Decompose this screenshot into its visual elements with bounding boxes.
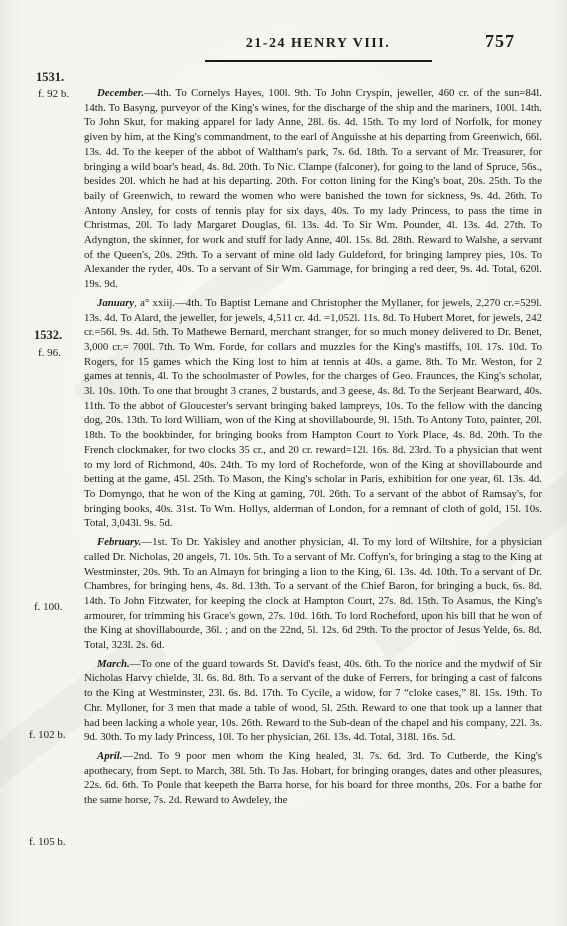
margin-folio-92b: f. 92 b. [38, 88, 69, 100]
entry-body-december: —4th. To Cornelys Hayes, 100l. 9th. To J… [84, 87, 542, 290]
month-label-april: April. [97, 750, 123, 762]
margin-folio-102b: f. 102 b. [29, 729, 66, 741]
margin-year-1531: 1531. [36, 70, 64, 85]
month-label-january: January [97, 297, 134, 309]
month-label-february: February. [97, 536, 141, 548]
entry-february: February.—1st. To Dr. Yakisley and anoth… [84, 535, 542, 653]
entry-body-april: —2nd. To 9 poor men whom the King healed… [84, 750, 542, 806]
entry-march: March.—To one of the guard towards St. D… [84, 657, 542, 745]
entry-december: December.—4th. To Cornelys Hayes, 100l. … [84, 86, 542, 292]
header-divider-rule [205, 60, 432, 62]
margin-folio-96: f. 96. [38, 347, 61, 359]
page-text-column: December.—4th. To Cornelys Hayes, 100l. … [84, 86, 542, 808]
margin-folio-100: f. 100. [34, 601, 62, 613]
month-label-december: December. [97, 87, 144, 99]
margin-year-1532: 1532. [34, 328, 62, 343]
entry-january: January, a° xxiij.—4th. To Baptist Leman… [84, 296, 542, 531]
entry-body-january: , a° xxiij.—4th. To Baptist Lemane and C… [84, 297, 542, 530]
month-label-march: March. [97, 658, 130, 670]
entry-april: April.—2nd. To 9 poor men whom the King … [84, 749, 542, 808]
entry-body-march: —To one of the guard towards St. David's… [84, 658, 542, 744]
entry-body-february: —1st. To Dr. Yakisley and another physic… [84, 536, 542, 651]
running-header-title: 21-24 HENRY VIII. [205, 36, 431, 52]
margin-folio-105b: f. 105 b. [29, 836, 66, 848]
scanned-book-page: 21-24 HENRY VIII. 757 1531. f. 92 b. 153… [0, 0, 567, 926]
page-number: 757 [485, 31, 515, 52]
